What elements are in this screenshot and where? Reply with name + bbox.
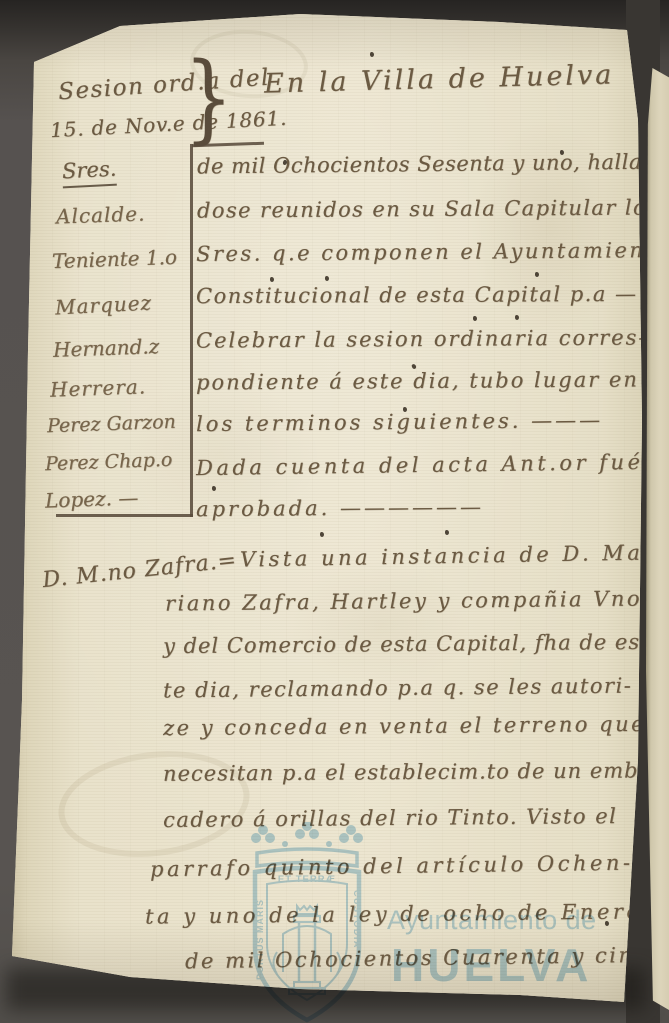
manuscript-line: Constitucional de esta Capital p.a — <box>196 282 638 308</box>
attendees-heading: Sres. <box>61 157 116 184</box>
ink-speck <box>560 150 564 155</box>
ink-speck <box>325 276 329 281</box>
manuscript-page: Sesion ord.a del 15. de Nov.e de 1861. }… <box>0 0 669 1023</box>
manuscript-line: te dia, reclamando p.a q. se les autori- <box>163 674 633 703</box>
manuscript-line: pondiente á este dia, tubo lugar en <box>196 367 639 394</box>
ink-speck <box>320 532 324 537</box>
bracket-line <box>56 514 193 517</box>
attendee-name: Marquez <box>54 290 152 319</box>
manuscript-line: aprobada. —————— <box>196 495 484 522</box>
attendee-name: Alcalde. <box>56 201 146 228</box>
manuscript-line: los terminos siguientes. ——— <box>196 408 603 436</box>
manuscript-line: de mil Ochocientos Sesenta y uno, hallan… <box>197 150 664 179</box>
ink-speck <box>212 486 216 491</box>
ink-speck <box>535 272 539 277</box>
document-scan: Sesion ord.a del 15. de Nov.e de 1861. }… <box>0 0 669 1023</box>
ink-speck <box>473 316 477 321</box>
bracket-line <box>190 144 193 517</box>
manuscript-line: dose reunidos en su Sala Capitular los <box>197 195 659 222</box>
ink-speck <box>515 315 519 320</box>
paper-shading-top <box>0 0 669 70</box>
manuscript-line: riano Zafra, Hartley y compañia Vnos <box>165 586 656 615</box>
ink-speck <box>445 530 449 535</box>
attendee-name: Hernand.z <box>53 334 160 362</box>
stain <box>290 560 470 690</box>
manuscript-line: Celebrar la sesion ordinaria corres- <box>196 325 648 352</box>
manuscript-line: Sres. q.e componen el Ayuntamiento <box>196 238 669 266</box>
manuscript-line: y del Comercio de esta Capital, fha de e… <box>163 630 648 658</box>
attendees-heading-label: Sres. <box>61 157 117 189</box>
manuscript-line: cadero á orillas del rio Tinto. Visto el <box>163 804 618 832</box>
attendee-name: Lopez. — <box>45 485 139 512</box>
manuscript-line: ze y conceda en venta el terreno que <box>163 712 646 740</box>
opening-brace: } <box>184 50 233 146</box>
ink-speck <box>270 277 274 282</box>
attendee-name: Perez Chap.o <box>45 449 173 475</box>
ink-speck <box>403 407 407 412</box>
manuscript-line: necesitan p.a el establecim.to de un emb… <box>163 758 669 786</box>
ink-speck <box>605 921 609 926</box>
attendee-name: Herrera. <box>50 374 147 401</box>
attendee-name: Perez Garzon <box>47 411 177 437</box>
ink-speck <box>370 52 374 57</box>
attendee-name: Teniente 1.o <box>52 245 178 273</box>
